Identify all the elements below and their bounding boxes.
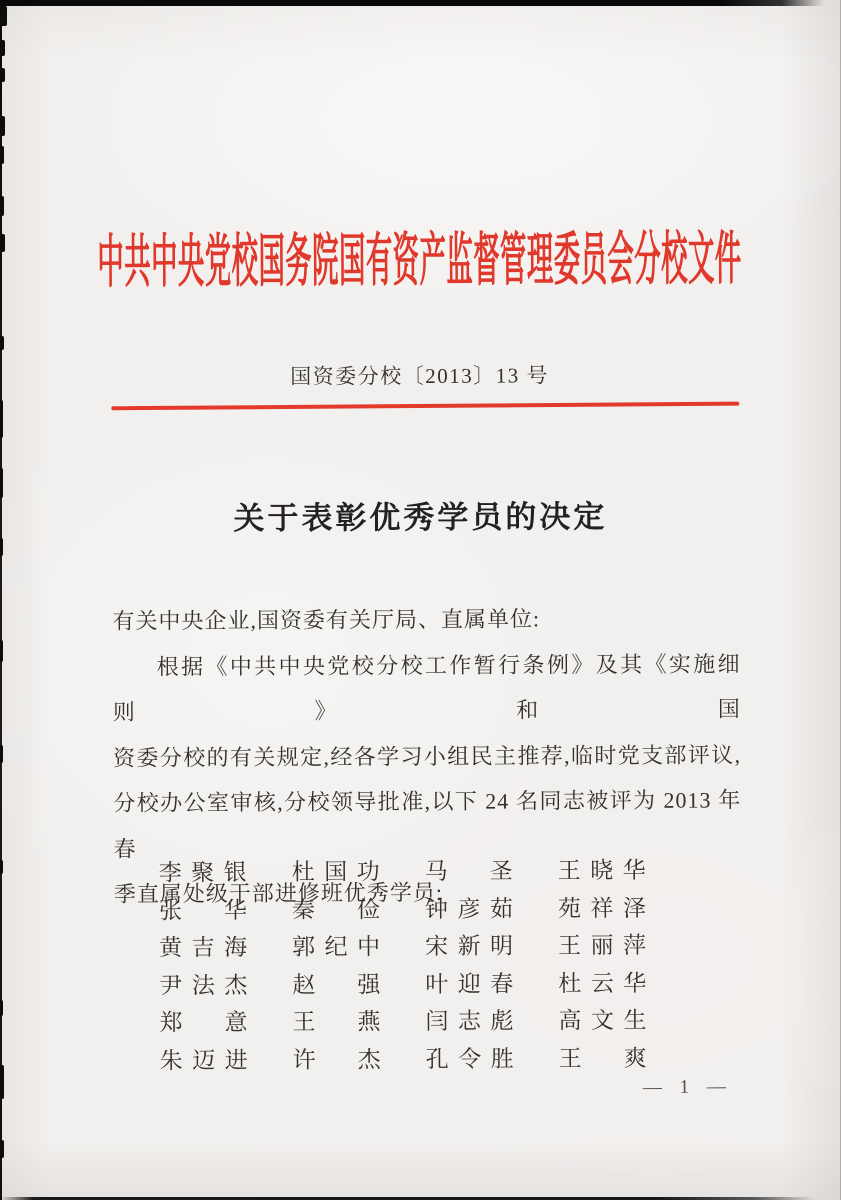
salutation-line: 有关中央企业,国资委有关厅局、直属单位: (112, 595, 740, 644)
body-line-1: 根据《中共中央党校分校工作暂行条例》及其《实施细则》和国 (113, 641, 741, 735)
body-line-2: 资委分校的有关规定,经各学习小组民主推荐,临时党支部评议, (113, 732, 741, 781)
honoree-name: 苑祥泽 (558, 890, 646, 923)
honoree-name: 赵强 (292, 966, 380, 999)
red-divider-line (111, 402, 739, 411)
document-number: 国资委分校〔2013〕13 号 (0, 358, 840, 392)
honoree-name: 王晓华 (558, 852, 646, 885)
honoree-name: 王爽 (559, 1040, 647, 1073)
honoree-name: 郑意 (159, 1004, 247, 1037)
honoree-name: 秦俭 (292, 891, 380, 924)
document-header: 中共中央党校国务院国有资产监督管理委员会分校文件 (0, 222, 840, 300)
scanned-document-page: 中共中央党校国务院国有资产监督管理委员会分校文件 国资委分校〔2013〕13 号… (0, 0, 841, 1200)
honoree-name: 许杰 (293, 1041, 381, 1074)
document-title: 关于表彰优秀学员的决定 (0, 490, 841, 539)
honoree-name: 高文生 (558, 1002, 646, 1035)
honoree-name: 杜云华 (558, 965, 646, 998)
document-header-title: 中共中央党校国务院国有资产监督管理委员会分校文件 (97, 222, 742, 299)
honoree-name-grid: 李聚银 杜国功 马圣 王晓华 张华 秦俭 钟彦茹 苑祥泽 黄吉海 郭纪中 宋新明… (159, 850, 647, 1078)
document-content: 中共中央党校国务院国有资产监督管理委员会分校文件 国资委分校〔2013〕13 号… (0, 0, 841, 1200)
page-number: — 1 — (643, 1076, 728, 1099)
honoree-name: 杜国功 (292, 853, 380, 886)
honoree-name: 郭纪中 (292, 928, 380, 961)
honoree-name: 尹法杰 (159, 967, 247, 1000)
honoree-name: 李聚银 (159, 854, 247, 887)
honoree-name: 马圣 (425, 853, 513, 886)
honoree-name: 朱迈进 (160, 1042, 248, 1075)
honoree-name: 黄吉海 (159, 929, 247, 962)
honoree-name: 闫志彪 (425, 1003, 513, 1036)
honoree-name: 孔令胜 (426, 1040, 514, 1073)
honoree-name: 叶迎春 (425, 965, 513, 998)
honoree-name: 钟彦茹 (425, 890, 513, 923)
honoree-name: 宋新明 (425, 928, 513, 961)
honoree-name: 王燕 (292, 1003, 380, 1036)
honoree-name: 王丽萍 (558, 927, 646, 960)
honoree-name: 张华 (159, 892, 247, 925)
